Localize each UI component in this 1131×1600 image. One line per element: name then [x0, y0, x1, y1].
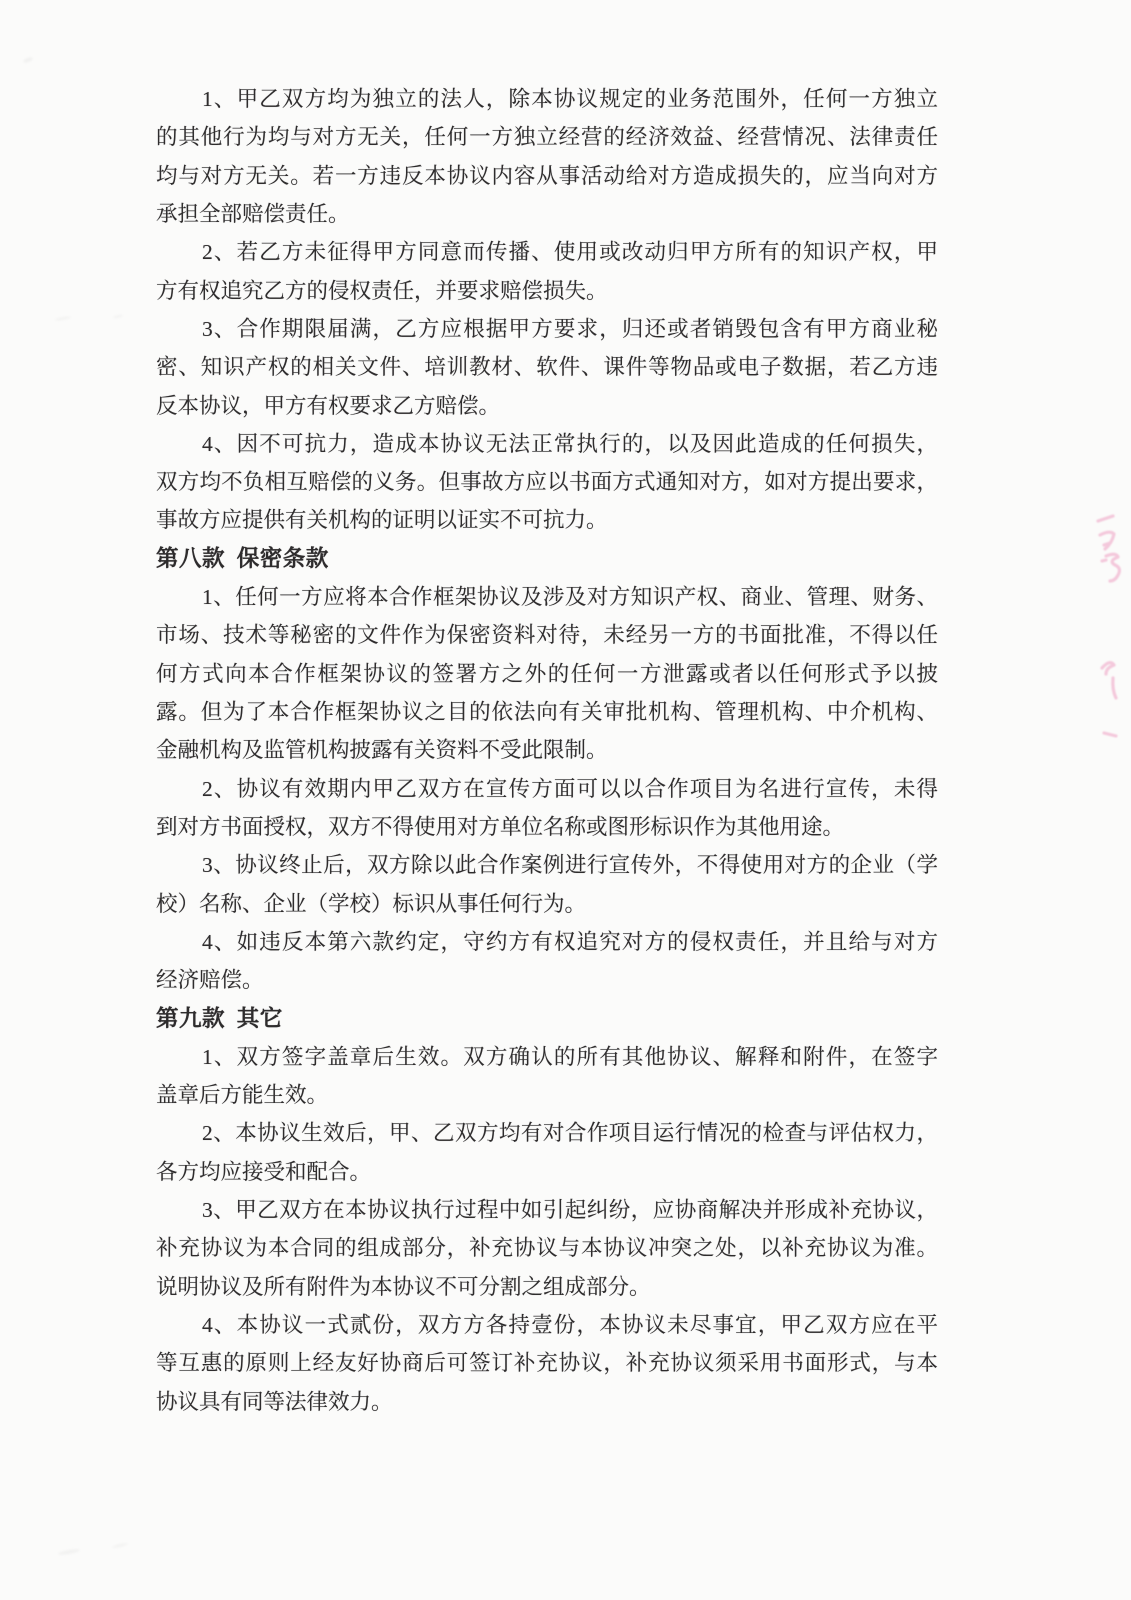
- text-line: 何方式向本合作框架协议的签署方之外的任何一方泄露或者以任何形式予以披: [156, 655, 938, 693]
- text-line: 校）名称、企业（学校）标识从事任何行为。: [156, 885, 938, 923]
- text-line: 4、因不可抗力，造成本协议无法正常执行的，以及因此造成的任何损失，: [156, 425, 938, 463]
- text-line: 2、若乙方未征得甲方同意而传播、使用或改动归甲方所有的知识产权，甲: [156, 233, 938, 271]
- text-line: 3、甲乙双方在本协议执行过程中如引起纠纷，应协商解决并形成补充协议，: [156, 1191, 938, 1229]
- text-line: 承担全部赔偿责任。: [156, 195, 938, 233]
- ink-stroke: [1100, 532, 1114, 549]
- scan-smudge: [58, 1548, 80, 1556]
- text-line: 经济赔偿。: [156, 961, 938, 999]
- text-line: 4、如违反本第六款约定，守约方有权追究对方的侵权责任，并且给与对方: [156, 923, 938, 961]
- text-line: 到对方书面授权，双方不得使用对方单位名称或图形标识作为其他用途。: [156, 808, 938, 846]
- text-line: 1、甲乙双方均为独立的法人，除本协议规定的业务范围外，任何一方独立: [156, 80, 938, 118]
- ink-stroke: [1113, 678, 1116, 698]
- text-line: 各方均应接受和配合。: [156, 1153, 938, 1191]
- text-line: 盖章后方能生效。: [156, 1076, 938, 1114]
- text-block: 1、甲乙双方均为独立的法人，除本协议规定的业务范围外，任何一方独立的其他行为均与…: [156, 80, 938, 1421]
- text-line: 等互惠的原则上经友好协商后可签订补充协议，补充协议须采用书面形式，与本: [156, 1344, 938, 1382]
- document-page: 1、甲乙双方均为独立的法人，除本协议规定的业务范围外，任何一方独立的其他行为均与…: [0, 0, 1131, 1600]
- ink-stroke: [1104, 733, 1116, 736]
- text-line: 说明协议及所有附件为本协议不可分割之组成部分。: [156, 1268, 938, 1306]
- text-line: 露。但为了本合作框架协议之目的依法向有关审批机构、管理机构、中介机构、: [156, 693, 938, 731]
- text-line: 事故方应提供有关机构的证明以证实不可抗力。: [156, 501, 938, 539]
- scan-smudge: [113, 314, 123, 319]
- ink-stroke: [1102, 560, 1106, 561]
- scan-smudge: [55, 316, 71, 322]
- text-line: 3、合作期限届满，乙方应根据甲方要求，归还或者销毁包含有甲方商业秘: [156, 310, 938, 348]
- text-line: 1、双方签字盖章后生效。双方确认的所有其他协议、解释和附件，在签字: [156, 1038, 938, 1076]
- ink-stroke: [1098, 516, 1113, 521]
- text-line: 均与对方无关。若一方违反本协议内容从事活动给对方造成损失的，应当向对方: [156, 157, 938, 195]
- text-line: 协议具有同等法律效力。: [156, 1383, 938, 1421]
- text-line: 金融机构及监管机构披露有关资料不受此限制。: [156, 731, 938, 769]
- text-line: 的其他行为均与对方无关，任何一方独立经营的经济效益、经营情况、法律责任: [156, 118, 938, 156]
- text-line: 3、协议终止后，双方除以此合作案例进行宣传外，不得使用对方的企业（学: [156, 846, 938, 884]
- text-line: 4、本协议一式贰份，双方方各持壹份，本协议未尽事宜，甲乙双方应在平: [156, 1306, 938, 1344]
- text-line: 双方均不负相互赔偿的义务。但事故方应以书面方式通知对方，如对方提出要求，: [156, 463, 938, 501]
- text-line: 2、协议有效期内甲乙双方在宣传方面可以以合作项目为名进行宣传，未得: [156, 770, 938, 808]
- section-heading: 第八款 保密条款: [156, 540, 938, 578]
- scan-smudge: [112, 1542, 128, 1549]
- text-line: 密、知识产权的相关文件、培训教材、软件、课件等物品或电子数据，若乙方违: [156, 348, 938, 386]
- scan-smudge: [23, 56, 34, 63]
- ink-bleed-group: [1098, 516, 1119, 736]
- ink-stroke: [1104, 543, 1110, 545]
- ink-stroke: [1102, 663, 1114, 674]
- ink-stroke: [1106, 554, 1119, 581]
- ink-bleed-marks: [1078, 492, 1131, 782]
- text-line: 补充协议为本合同的组成部分，补充协议与本协议冲突之处，以补充协议为准。: [156, 1229, 938, 1267]
- text-line: 市场、技术等秘密的文件作为保密资料对待，未经另一方的书面批准，不得以任: [156, 616, 938, 654]
- text-line: 2、本协议生效后，甲、乙双方均有对合作项目运行情况的检查与评估权力，: [156, 1114, 938, 1152]
- text-line: 方有权追究乙方的侵权责任，并要求赔偿损失。: [156, 272, 938, 310]
- text-line: 反本协议，甲方有权要求乙方赔偿。: [156, 387, 938, 425]
- text-line: 1、任何一方应将本合作框架协议及涉及对方知识产权、商业、管理、财务、: [156, 578, 938, 616]
- section-heading: 第九款 其它: [156, 1000, 938, 1038]
